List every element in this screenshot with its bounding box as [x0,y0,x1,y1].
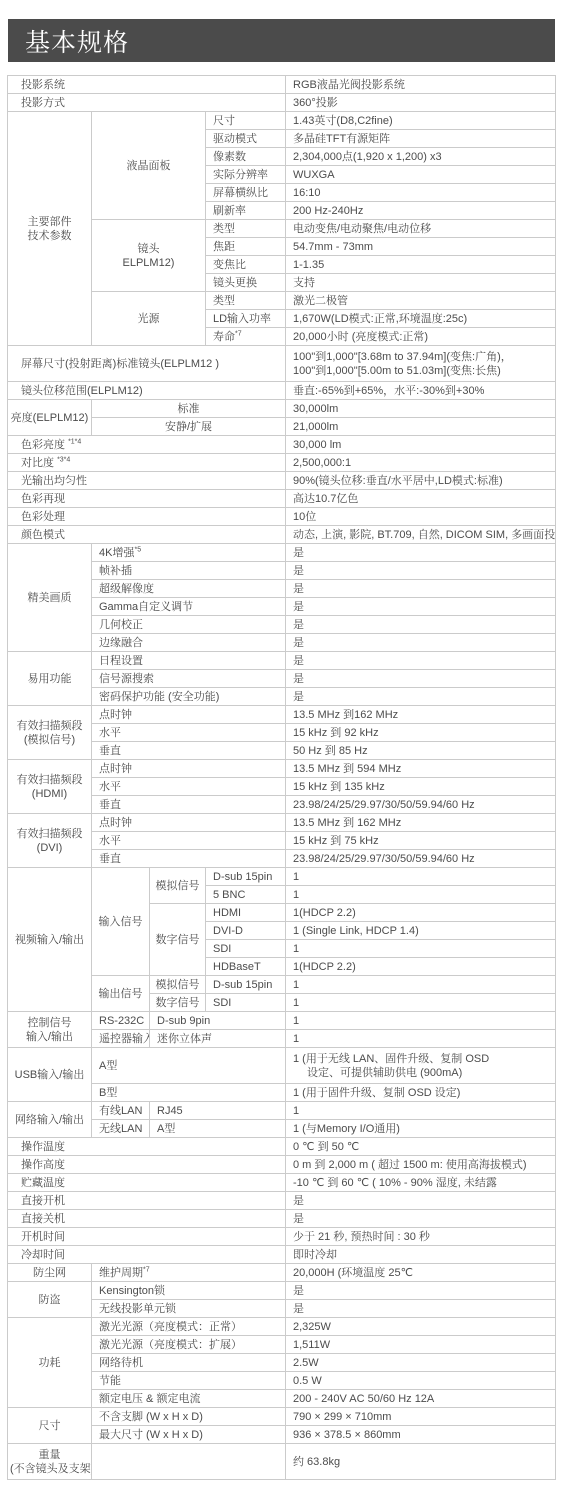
group-label: 输入信号 [92,868,150,976]
spec-value: 是 [286,598,556,616]
sub-label: 不含支脚 (W x H x D) [92,1408,286,1426]
footnote-marker: *5 [134,546,141,553]
sub-label: 无线投影单元锁 [92,1300,286,1318]
sub-label [92,1444,286,1480]
spec-value: 200 Hz-240Hz [286,202,556,220]
row-label: 直接开机 [8,1192,286,1210]
sub-label: 4K增强*5 [92,544,286,562]
sub-label: B型 [92,1084,286,1102]
sub-label: RJ45 [150,1102,286,1120]
spec-row: 网络输入/输出有线LANRJ451 [8,1102,556,1120]
spec-row: 色彩再现高达10.7亿色 [8,490,556,508]
sub-label: SDI [206,994,286,1012]
row-label: 色彩处理 [8,508,286,526]
spec-row: 冷却时间即时冷却 [8,1246,556,1264]
spec-value: 1(HDCP 2.2) [286,958,556,976]
spec-value: 790 × 299 × 710mm [286,1408,556,1426]
spec-row: 重量(不含镜头及支架)约 63.8kg [8,1444,556,1480]
group-label: 控制信号输入/输出 [8,1012,92,1048]
spec-row: 直接关机是 [8,1210,556,1228]
sub-label: 迷你立体声 [150,1030,286,1048]
spec-value: 13.5 MHz 到 162 MHz [286,814,556,832]
sub-label: SDI [206,940,286,958]
group-label: 易用功能 [8,652,92,706]
spec-value: 20,000H (环境温度 25℃ [286,1264,556,1282]
spec-row: USB输入/输出A型1 (用于无线 LAN、固件升级、复制 OSD 设定、可提供… [8,1048,556,1084]
spec-value: 2,304,000点(1,920 x 1,200) x3 [286,148,556,166]
row-label: 冷却时间 [8,1246,286,1264]
spec-value: 1 (用于固件升级、复制 OSD 设定) [286,1084,556,1102]
spec-table: 投影系统RGB液晶光阀投影系统投影方式360°投影主要部件技术参数液晶面板尺寸1… [7,75,556,1480]
spec-value: 1.43英寸(D8,C2fine) [286,112,556,130]
spec-row: 色彩处理10位 [8,508,556,526]
spec-row: 操作高度0 m 到 2,000 m ( 超过 1500 m: 使用高海拔模式) [8,1156,556,1174]
sub-label: Gamma自定义调节 [92,598,286,616]
sub-label: LD输入功率 [206,310,286,328]
group-label: 有效扫描频段(HDMI) [8,760,92,814]
spec-value: 16:10 [286,184,556,202]
spec-value: 激光二极管 [286,292,556,310]
spec-value: 是 [286,1192,556,1210]
spec-value: 936 × 378.5 × 860mm [286,1426,556,1444]
sub-label: 边缘融合 [92,634,286,652]
spec-value: 1 (用于无线 LAN、固件升级、复制 OSD 设定、可提供辅助供电 (900m… [286,1048,556,1084]
spec-value: 1,511W [286,1336,556,1354]
page-title: 基本规格 [25,23,129,59]
sub-label: 水平 [92,778,286,796]
sub-label: 水平 [92,724,286,742]
row-label: 色彩亮度 *1*4 [8,436,286,454]
spec-value: 约 63.8kg [286,1444,556,1480]
sub-label: 无线LAN [92,1120,150,1138]
row-label: 投影系统 [8,76,286,94]
row-label: 直接关机 [8,1210,286,1228]
spec-row: 投影系统RGB液晶光阀投影系统 [8,76,556,94]
group-label: 模拟信号 [150,976,206,994]
group-label: 安静/扩展 [92,418,286,436]
group-label: 精美画质 [8,544,92,652]
spec-row: 防盗Kensington锁是 [8,1282,556,1300]
spec-value: -10 ℃ 到 60 ℃ ( 10% - 90% 湿度, 未结露 [286,1174,556,1192]
spec-value: 电动变焦/电动聚焦/电动位移 [286,220,556,238]
group-label: 数字信号 [150,904,206,976]
sub-label: 实际分辨率 [206,166,286,184]
spec-row: 镜头位移范围(ELPLM12)垂直:-65%到+65%，水平:-30%到+30% [8,382,556,400]
sub-label: A型 [150,1120,286,1138]
spec-value: 2.5W [286,1354,556,1372]
spec-value: 21,000lm [286,418,556,436]
spec-value: 20,000小时 (亮度模式:正常) [286,328,556,346]
footnote-marker: *3*4 [57,456,70,463]
spec-value: 少于 21 秒, 预热时间 : 30 秒 [286,1228,556,1246]
spec-row: 色彩亮度 *1*430,000 lm [8,436,556,454]
group-label: 数字信号 [150,994,206,1012]
row-label: 操作温度 [8,1138,286,1156]
sub-label: 额定电压 & 额定电流 [92,1390,286,1408]
spec-row: 防尘网维护周期*720,000H (环境温度 25℃ [8,1264,556,1282]
spec-value: 13.5 MHz 到 594 MHz [286,760,556,778]
spec-value: 360°投影 [286,94,556,112]
row-label: 色彩再现 [8,490,286,508]
sub-label: 超级解像度 [92,580,286,598]
sub-label: 刷新率 [206,202,286,220]
spec-value: 是 [286,562,556,580]
group-label: 液晶面板 [92,112,206,220]
spec-value: 1 [286,976,556,994]
spec-value: 1(HDCP 2.2) [286,904,556,922]
spec-value: 多晶硅TFT有源矩阵 [286,130,556,148]
group-label: 重量(不含镜头及支架) [8,1444,92,1480]
section-title-banner: 基本规格 [8,19,555,62]
group-label: 尺寸 [8,1408,92,1444]
sub-label: 水平 [92,832,286,850]
group-label: 亮度(ELPLM12) [8,400,92,436]
spec-table-body: 投影系统RGB液晶光阀投影系统投影方式360°投影主要部件技术参数液晶面板尺寸1… [8,76,556,1480]
group-label: 网络输入/输出 [8,1102,92,1138]
spec-value: 1 [286,1012,556,1030]
sub-label: 尺寸 [206,112,286,130]
spec-value: 1 [286,886,556,904]
spec-value: WUXGA [286,166,556,184]
row-label: 操作高度 [8,1156,286,1174]
spec-value: 1 [286,1030,556,1048]
spec-value: 是 [286,670,556,688]
row-label: 对比度 *3*4 [8,454,286,472]
spec-value: 54.7mm - 73mm [286,238,556,256]
footnote-marker: *7 [235,330,242,337]
spec-row: 屏幕尺寸(投射距离)标准镜头(ELPLM12 )100"到1,000"[3.68… [8,346,556,382]
sub-label: A型 [92,1048,286,1084]
group-label: 输出信号 [92,976,150,1012]
spec-row: 操作温度0 ℃ 到 50 ℃ [8,1138,556,1156]
spec-value: RGB液晶光阀投影系统 [286,76,556,94]
spec-value: 1,670W(LD模式:正常,环境温度:25c) [286,310,556,328]
spec-value: 1-1.35 [286,256,556,274]
spec-value: 是 [286,1282,556,1300]
spec-value: 是 [286,616,556,634]
group-label: 主要部件技术参数 [8,112,92,346]
spec-row: 有效扫描频段(DVI)点时钟13.5 MHz 到 162 MHz [8,814,556,832]
sub-label: DVI-D [206,922,286,940]
spec-row: 视频输入/输出输入信号模拟信号D-sub 15pin1 [8,868,556,886]
sub-label: 变焦比 [206,256,286,274]
spec-value: 200 - 240V AC 50/60 Hz 12A [286,1390,556,1408]
sub-label: 寿命*7 [206,328,286,346]
group-label: 防尘网 [8,1264,92,1282]
sub-label: 5 BNC [206,886,286,904]
spec-value: 是 [286,652,556,670]
spec-row: 尺寸不含支脚 (W x H x D)790 × 299 × 710mm [8,1408,556,1426]
sub-label: D-sub 15pin [206,976,286,994]
sub-label: 焦距 [206,238,286,256]
group-label: 模拟信号 [150,868,206,904]
spec-value: 是 [286,1300,556,1318]
spec-row: 易用功能日程设置是 [8,652,556,670]
sub-label: 网络待机 [92,1354,286,1372]
spec-value: 2,325W [286,1318,556,1336]
spec-value: 垂直:-65%到+65%，水平:-30%到+30% [286,382,556,400]
spec-value: 100"到1,000"[3.68m to 37.94m](变焦:广角)，100"… [286,346,556,382]
footnote-marker: *7 [143,1266,150,1273]
sub-label: 点时钟 [92,706,286,724]
spec-row: 亮度(ELPLM12)标准30,000lm [8,400,556,418]
row-label: 贮藏温度 [8,1174,286,1192]
spec-row: 功耗激光光源（亮度模式：正常）2,325W [8,1318,556,1336]
row-label: 投影方式 [8,94,286,112]
spec-value: 0.5 W [286,1372,556,1390]
spec-value: 支持 [286,274,556,292]
spec-value: 1 (与Memory I/O通用) [286,1120,556,1138]
spec-value: 1 [286,994,556,1012]
row-label: 颜色模式 [8,526,286,544]
sub-label: 遥控器输入 [92,1030,150,1048]
sub-label: D-sub 9pin [150,1012,286,1030]
group-label: 光源 [92,292,206,346]
spec-row: 投影方式360°投影 [8,94,556,112]
row-label: 屏幕尺寸(投射距离)标准镜头(ELPLM12 ) [8,346,286,382]
spec-value: 2,500,000:1 [286,454,556,472]
spec-value: 1 [286,1102,556,1120]
sub-label: 垂直 [92,850,286,868]
sub-label: 屏幕横纵比 [206,184,286,202]
footnote-marker: *1*4 [68,438,81,445]
spec-value: 15 kHz 到 75 kHz [286,832,556,850]
spec-value: 是 [286,580,556,598]
spec-row: 控制信号输入/输出RS-232CD-sub 9pin1 [8,1012,556,1030]
row-label: 镜头位移范围(ELPLM12) [8,382,286,400]
spec-value: 是 [286,634,556,652]
row-label: 光输出均匀性 [8,472,286,490]
sub-label: 密码保护功能 (安全功能) [92,688,286,706]
sub-label: 帧补插 [92,562,286,580]
sub-label: 激光光源（亮度模式：正常） [92,1318,286,1336]
spec-value: 0 ℃ 到 50 ℃ [286,1138,556,1156]
sub-label: 日程设置 [92,652,286,670]
spec-value: 15 kHz 到 92 kHz [286,724,556,742]
sub-label: 镜头更换 [206,274,286,292]
group-label: 功耗 [8,1318,92,1408]
spec-value: 是 [286,544,556,562]
sub-label: 点时钟 [92,814,286,832]
spec-row: 有效扫描频段(HDMI)点时钟13.5 MHz 到 594 MHz [8,760,556,778]
spec-row: 光输出均匀性90%(镜头位移:垂直/水平居中,LD模式:标准) [8,472,556,490]
sub-label: D-sub 15pin [206,868,286,886]
sub-label: 信号源搜索 [92,670,286,688]
spec-value: 是 [286,688,556,706]
spec-value: 50 Hz 到 85 Hz [286,742,556,760]
spec-value: 1 [286,940,556,958]
spec-value: 13.5 MHz 到162 MHz [286,706,556,724]
row-label: 开机时间 [8,1228,286,1246]
spec-row: 精美画质4K增强*5是 [8,544,556,562]
sub-label: 几何校正 [92,616,286,634]
group-label: 防盗 [8,1282,92,1318]
group-label: USB输入/输出 [8,1048,92,1102]
sub-label: 像素数 [206,148,286,166]
spec-row: 对比度 *3*42,500,000:1 [8,454,556,472]
group-label: 标准 [92,400,286,418]
spec-row: 主要部件技术参数液晶面板尺寸1.43英寸(D8,C2fine) [8,112,556,130]
spec-value: 即时冷却 [286,1246,556,1264]
spec-value: 90%(镜头位移:垂直/水平居中,LD模式:标准) [286,472,556,490]
sub-label: 类型 [206,220,286,238]
spec-value: 1 [286,868,556,886]
sub-label: 维护周期*7 [92,1264,286,1282]
spec-value: 15 kHz 到 135 kHz [286,778,556,796]
spec-value: 1 (Single Link, HDCP 1.4) [286,922,556,940]
sub-label: 驱动模式 [206,130,286,148]
sub-label: 有线LAN [92,1102,150,1120]
spec-value: 23.98/24/25/29.97/30/50/59.94/60 Hz [286,850,556,868]
spec-row: 开机时间少于 21 秒, 预热时间 : 30 秒 [8,1228,556,1246]
spec-value: 30,000lm [286,400,556,418]
spec-row: 直接开机是 [8,1192,556,1210]
spec-value: 动态, 上演, 影院, BT.709, 自然, DICOM SIM, 多画面投影 [286,526,556,544]
sub-label: HDMI [206,904,286,922]
spec-value: 30,000 lm [286,436,556,454]
group-label: 镜头ELPLM12) [92,220,206,292]
spec-row: 颜色模式动态, 上演, 影院, BT.709, 自然, DICOM SIM, 多… [8,526,556,544]
sub-label: 激光光源（亮度模式：扩展） [92,1336,286,1354]
sub-label: 垂直 [92,742,286,760]
sub-label: 最大尺寸 (W x H x D) [92,1426,286,1444]
spec-value: 高达10.7亿色 [286,490,556,508]
spec-row: 有效扫描频段(模拟信号)点时钟13.5 MHz 到162 MHz [8,706,556,724]
group-label: 有效扫描频段(模拟信号) [8,706,92,760]
spec-row: 贮藏温度-10 ℃ 到 60 ℃ ( 10% - 90% 湿度, 未结露 [8,1174,556,1192]
group-label: 有效扫描频段(DVI) [8,814,92,868]
spec-value: 是 [286,1210,556,1228]
sub-label: 点时钟 [92,760,286,778]
sub-label: 节能 [92,1372,286,1390]
sub-label: RS-232C [92,1012,150,1030]
spec-value: 10位 [286,508,556,526]
sub-label: 类型 [206,292,286,310]
sub-label: 垂直 [92,796,286,814]
sub-label: Kensington锁 [92,1282,286,1300]
sub-label: HDBaseT [206,958,286,976]
spec-value: 23.98/24/25/29.97/30/50/59.94/60 Hz [286,796,556,814]
group-label: 视频输入/输出 [8,868,92,1012]
spec-value: 0 m 到 2,000 m ( 超过 1500 m: 使用高海拔模式) [286,1156,556,1174]
